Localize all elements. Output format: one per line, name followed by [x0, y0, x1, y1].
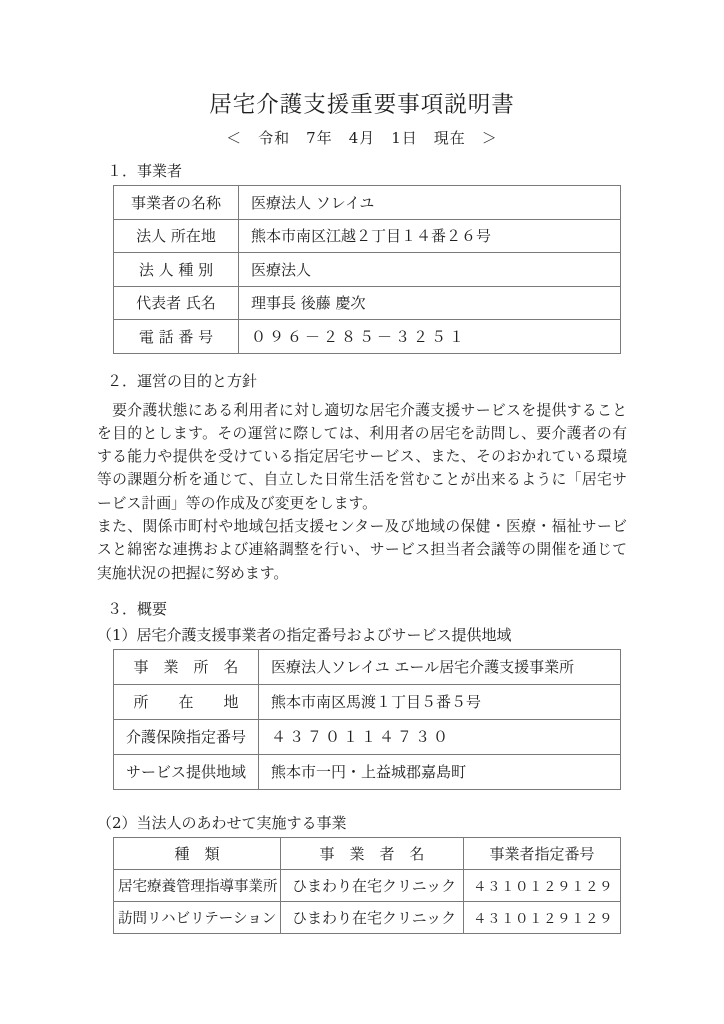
document-date: ＜ 令和 7年 4月 1日 現在 ＞	[97, 128, 627, 148]
section3-heading: ３．概要	[107, 600, 627, 619]
row-label: サービス提供地域	[114, 754, 259, 789]
related-businesses-table: 種 類 事 業 者 名 事業者指定番号 居宅療養管理指導事業所 ひまわり在宅クリ…	[113, 837, 621, 934]
row-label: 代表者 氏名	[114, 286, 239, 320]
column-header-name: 事 業 者 名	[281, 837, 464, 869]
row-label: 法人 所在地	[114, 219, 239, 253]
column-header-number: 事業者指定番号	[464, 837, 621, 869]
table-row-operator-name: 事業者の名称 医療法人 ソレイユ	[114, 186, 621, 220]
row-value: 医療法人 ソレイユ	[239, 186, 621, 220]
row-value: 医療法人	[239, 253, 621, 287]
row-value: ４３７０１１４７３０	[259, 719, 621, 754]
office-info-table: 事 業 所 名 医療法人ソレイユ エール居宅介護支援事業所 所 在 地 熊本市南…	[113, 649, 621, 790]
subsection1-heading: （1）居宅介護支援事業者の指定番号およびサービス提供地域	[97, 626, 627, 645]
cell-name: ひまわり在宅クリニック	[281, 869, 464, 901]
cell-name: ひまわり在宅クリニック	[281, 901, 464, 933]
table-row-office-address: 所 在 地 熊本市南区馬渡１丁目５番５号	[114, 684, 621, 719]
row-value: ０９６－２８５－３２５１	[239, 320, 621, 354]
table-row-corporation-type: 法 人 種 別 医療法人	[114, 253, 621, 287]
row-label: 法 人 種 別	[114, 253, 239, 287]
table-row-home-care-guidance: 居宅療養管理指導事業所 ひまわり在宅クリニック ４３１０１２９１２９	[114, 869, 621, 901]
row-label: 電 話 番 号	[114, 320, 239, 354]
section1-heading: １．事業者	[107, 162, 627, 181]
table-row-insurance-number: 介護保険指定番号 ４３７０１１４７３０	[114, 719, 621, 754]
business-operator-table: 事業者の名称 医療法人 ソレイユ 法人 所在地 熊本市南区江越２丁目１４番２６号…	[113, 185, 621, 354]
cell-kind: 訪問リハビリテーション	[114, 901, 281, 933]
row-label: 介護保険指定番号	[114, 719, 259, 754]
table-header-row: 種 類 事 業 者 名 事業者指定番号	[114, 837, 621, 869]
table-row-office-name: 事 業 所 名 医療法人ソレイユ エール居宅介護支援事業所	[114, 649, 621, 684]
row-value: 熊本市南区江越２丁目１４番２６号	[239, 219, 621, 253]
section2-heading: ２．運営の目的と方針	[107, 372, 627, 391]
subsection2-heading: （2）当法人のあわせて実施する事業	[97, 814, 627, 833]
row-value: 医療法人ソレイユ エール居宅介護支援事業所	[259, 649, 621, 684]
column-header-kind: 種 類	[114, 837, 281, 869]
purpose-paragraph-1: 要介護状態にある利用者に対し適切な居宅介護支援サービスを提供することを目的としま…	[97, 399, 627, 515]
table-row-representative: 代表者 氏名 理事長 後藤 慶次	[114, 286, 621, 320]
document-title: 居宅介護支援重要事項説明書	[97, 90, 627, 120]
table-row-corporation-address: 法人 所在地 熊本市南区江越２丁目１４番２６号	[114, 219, 621, 253]
row-label: 事 業 所 名	[114, 649, 259, 684]
row-label: 所 在 地	[114, 684, 259, 719]
document-page: 居宅介護支援重要事項説明書 ＜ 令和 7年 4月 1日 現在 ＞ １．事業者 事…	[0, 0, 724, 1024]
table-row-visiting-rehabilitation: 訪問リハビリテーション ひまわり在宅クリニック ４３１０１２９１２９	[114, 901, 621, 933]
cell-number: ４３１０１２９１２９	[464, 869, 621, 901]
row-value: 熊本市一円・上益城郡嘉島町	[259, 754, 621, 789]
row-label: 事業者の名称	[114, 186, 239, 220]
table-row-service-area: サービス提供地域 熊本市一円・上益城郡嘉島町	[114, 754, 621, 789]
row-value: 理事長 後藤 慶次	[239, 286, 621, 320]
table-row-phone-number: 電 話 番 号 ０９６－２８５－３２５１	[114, 320, 621, 354]
cell-number: ４３１０１２９１２９	[464, 901, 621, 933]
purpose-paragraph-2: また、関係市町村や地域包括支援センター及び地域の保健・医療・福祉サービスと綿密な…	[97, 515, 627, 585]
cell-kind: 居宅療養管理指導事業所	[114, 869, 281, 901]
row-value: 熊本市南区馬渡１丁目５番５号	[259, 684, 621, 719]
